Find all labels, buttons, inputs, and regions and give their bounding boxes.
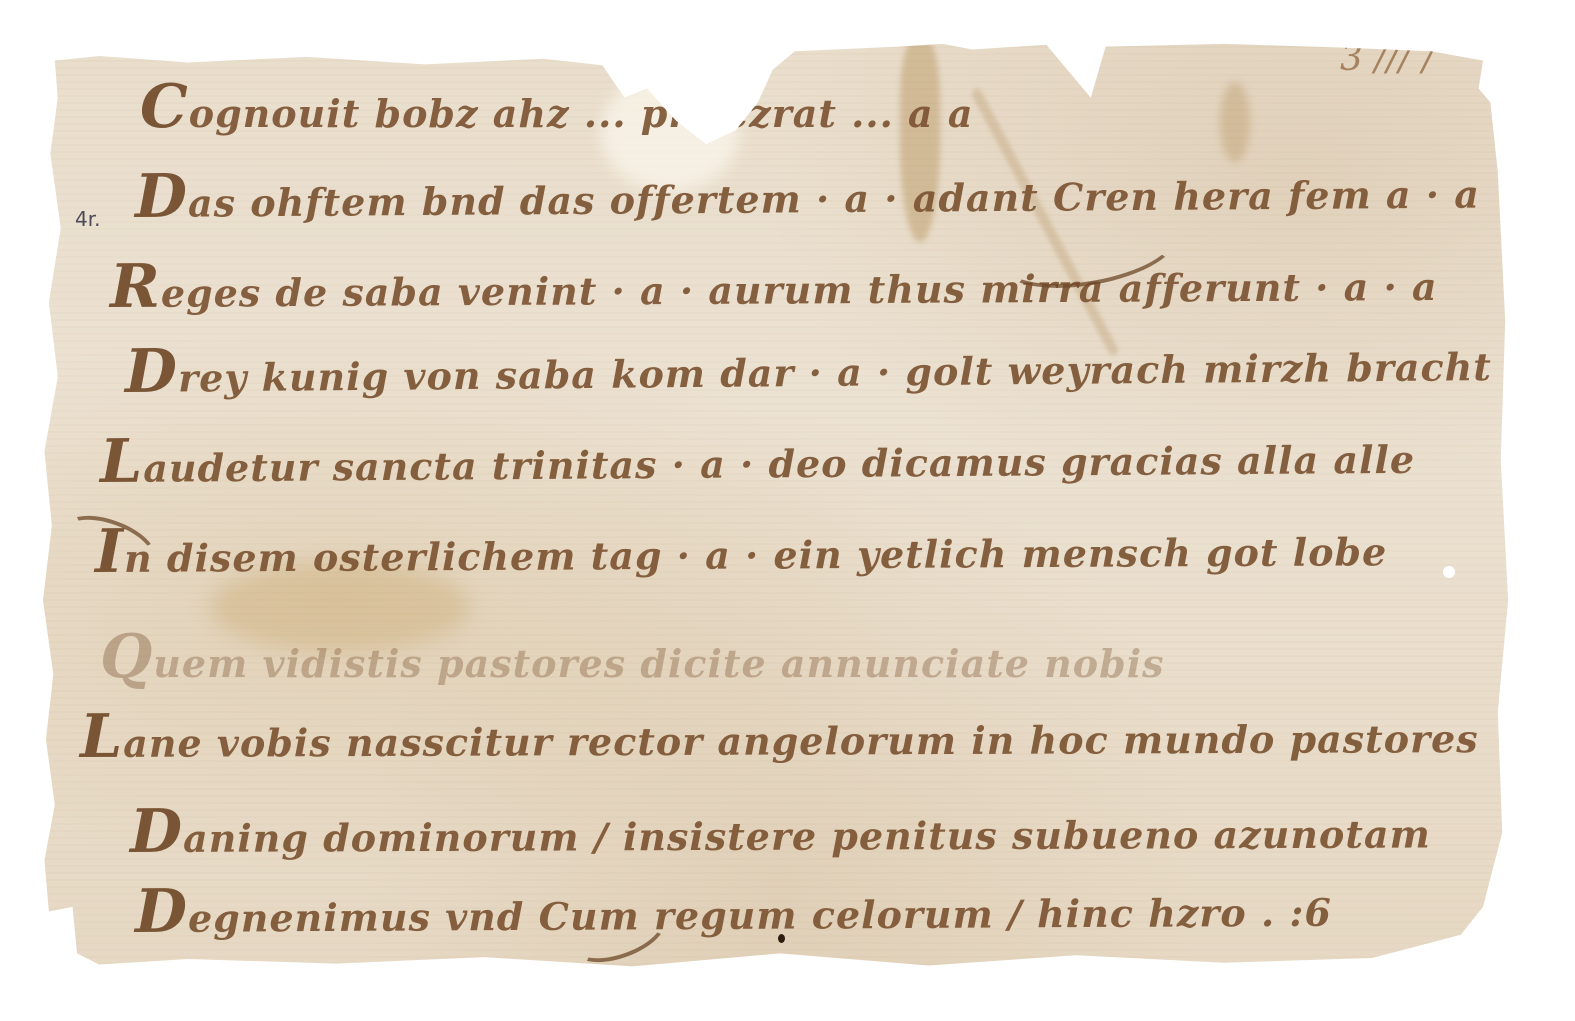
manuscript-fragment: 3 /// / 4r. Cognouit bobz ahz ... pmiczr… <box>40 42 1520 972</box>
manuscript-line-6: In disem osterlichem tag · a · ein yetli… <box>95 510 1388 587</box>
line-text: ognouit bobz ahz ... pmiczrat ... a a <box>189 91 974 136</box>
line-text: eges de saba venint · a · aurum thus mir… <box>161 264 1438 316</box>
line-initial: D <box>125 337 179 407</box>
line-initial: D <box>135 162 189 232</box>
line-text: ... · · · ... <box>240 956 425 1001</box>
line-text: as ohftem bnd das offertem · a · adant C… <box>188 172 1480 226</box>
line-initial: R <box>110 252 161 322</box>
manuscript-line-1: Cognouit bobz ahz ... pmiczrat ... a a <box>140 72 974 142</box>
manuscript-line-5: Laudetur sancta trinitas · a · deo dicam… <box>100 418 1416 497</box>
manuscript-line-7-faded: Quem vidistis pastores dicite annunciate… <box>100 622 1165 692</box>
line-initial: Q <box>100 622 153 692</box>
line-initial: D <box>130 797 183 867</box>
manuscript-line-4: Drey kunig von saba kom dar · a · golt w… <box>125 325 1492 407</box>
line-text: ane vobis nasscitur rector angelorum in … <box>123 716 1479 766</box>
line-initial: D <box>135 877 188 947</box>
manuscript-line-3: Reges de saba venint · a · aurum thus mi… <box>110 245 1438 322</box>
top-margin-marks: 3 /// / <box>1340 38 1434 79</box>
line-text: n disem osterlichem tag · a · ein yetlic… <box>124 529 1387 581</box>
line-text: egnenimus vnd Cum regum celorum / hinc h… <box>188 890 1332 941</box>
line-initial: L <box>100 427 144 497</box>
water-stain-right <box>1220 82 1250 162</box>
line-text: audetur sancta trinitas · a · deo dicamu… <box>143 437 1415 491</box>
page: 3 /// / 4r. Cognouit bobz ahz ... pmiczr… <box>0 0 1575 1021</box>
paper-hole <box>1443 566 1455 578</box>
manuscript-line-2: Das ohftem bnd das offertem · a · adant … <box>135 153 1480 232</box>
manuscript-line-9: Daning dominorum / insistere penitus sub… <box>130 792 1431 867</box>
manuscript-line-10: Degnenimus vnd Cum regum celorum / hinc … <box>135 871 1332 947</box>
manuscript-line-11-cut-off: ... · · · ... <box>240 937 425 1007</box>
folio-mark: 4r. <box>75 207 100 231</box>
manuscript-line-8: Lane vobis nasscitur rector angelorum in… <box>80 697 1479 772</box>
line-text: aning dominorum / insistere penitus subu… <box>183 811 1431 860</box>
line-initial: L <box>80 702 123 772</box>
line-text: uem vidistis pastores dicite annunciate … <box>153 641 1164 686</box>
line-text: rey kunig von saba kom dar · a · golt we… <box>178 344 1492 400</box>
line-initial: C <box>140 72 189 142</box>
